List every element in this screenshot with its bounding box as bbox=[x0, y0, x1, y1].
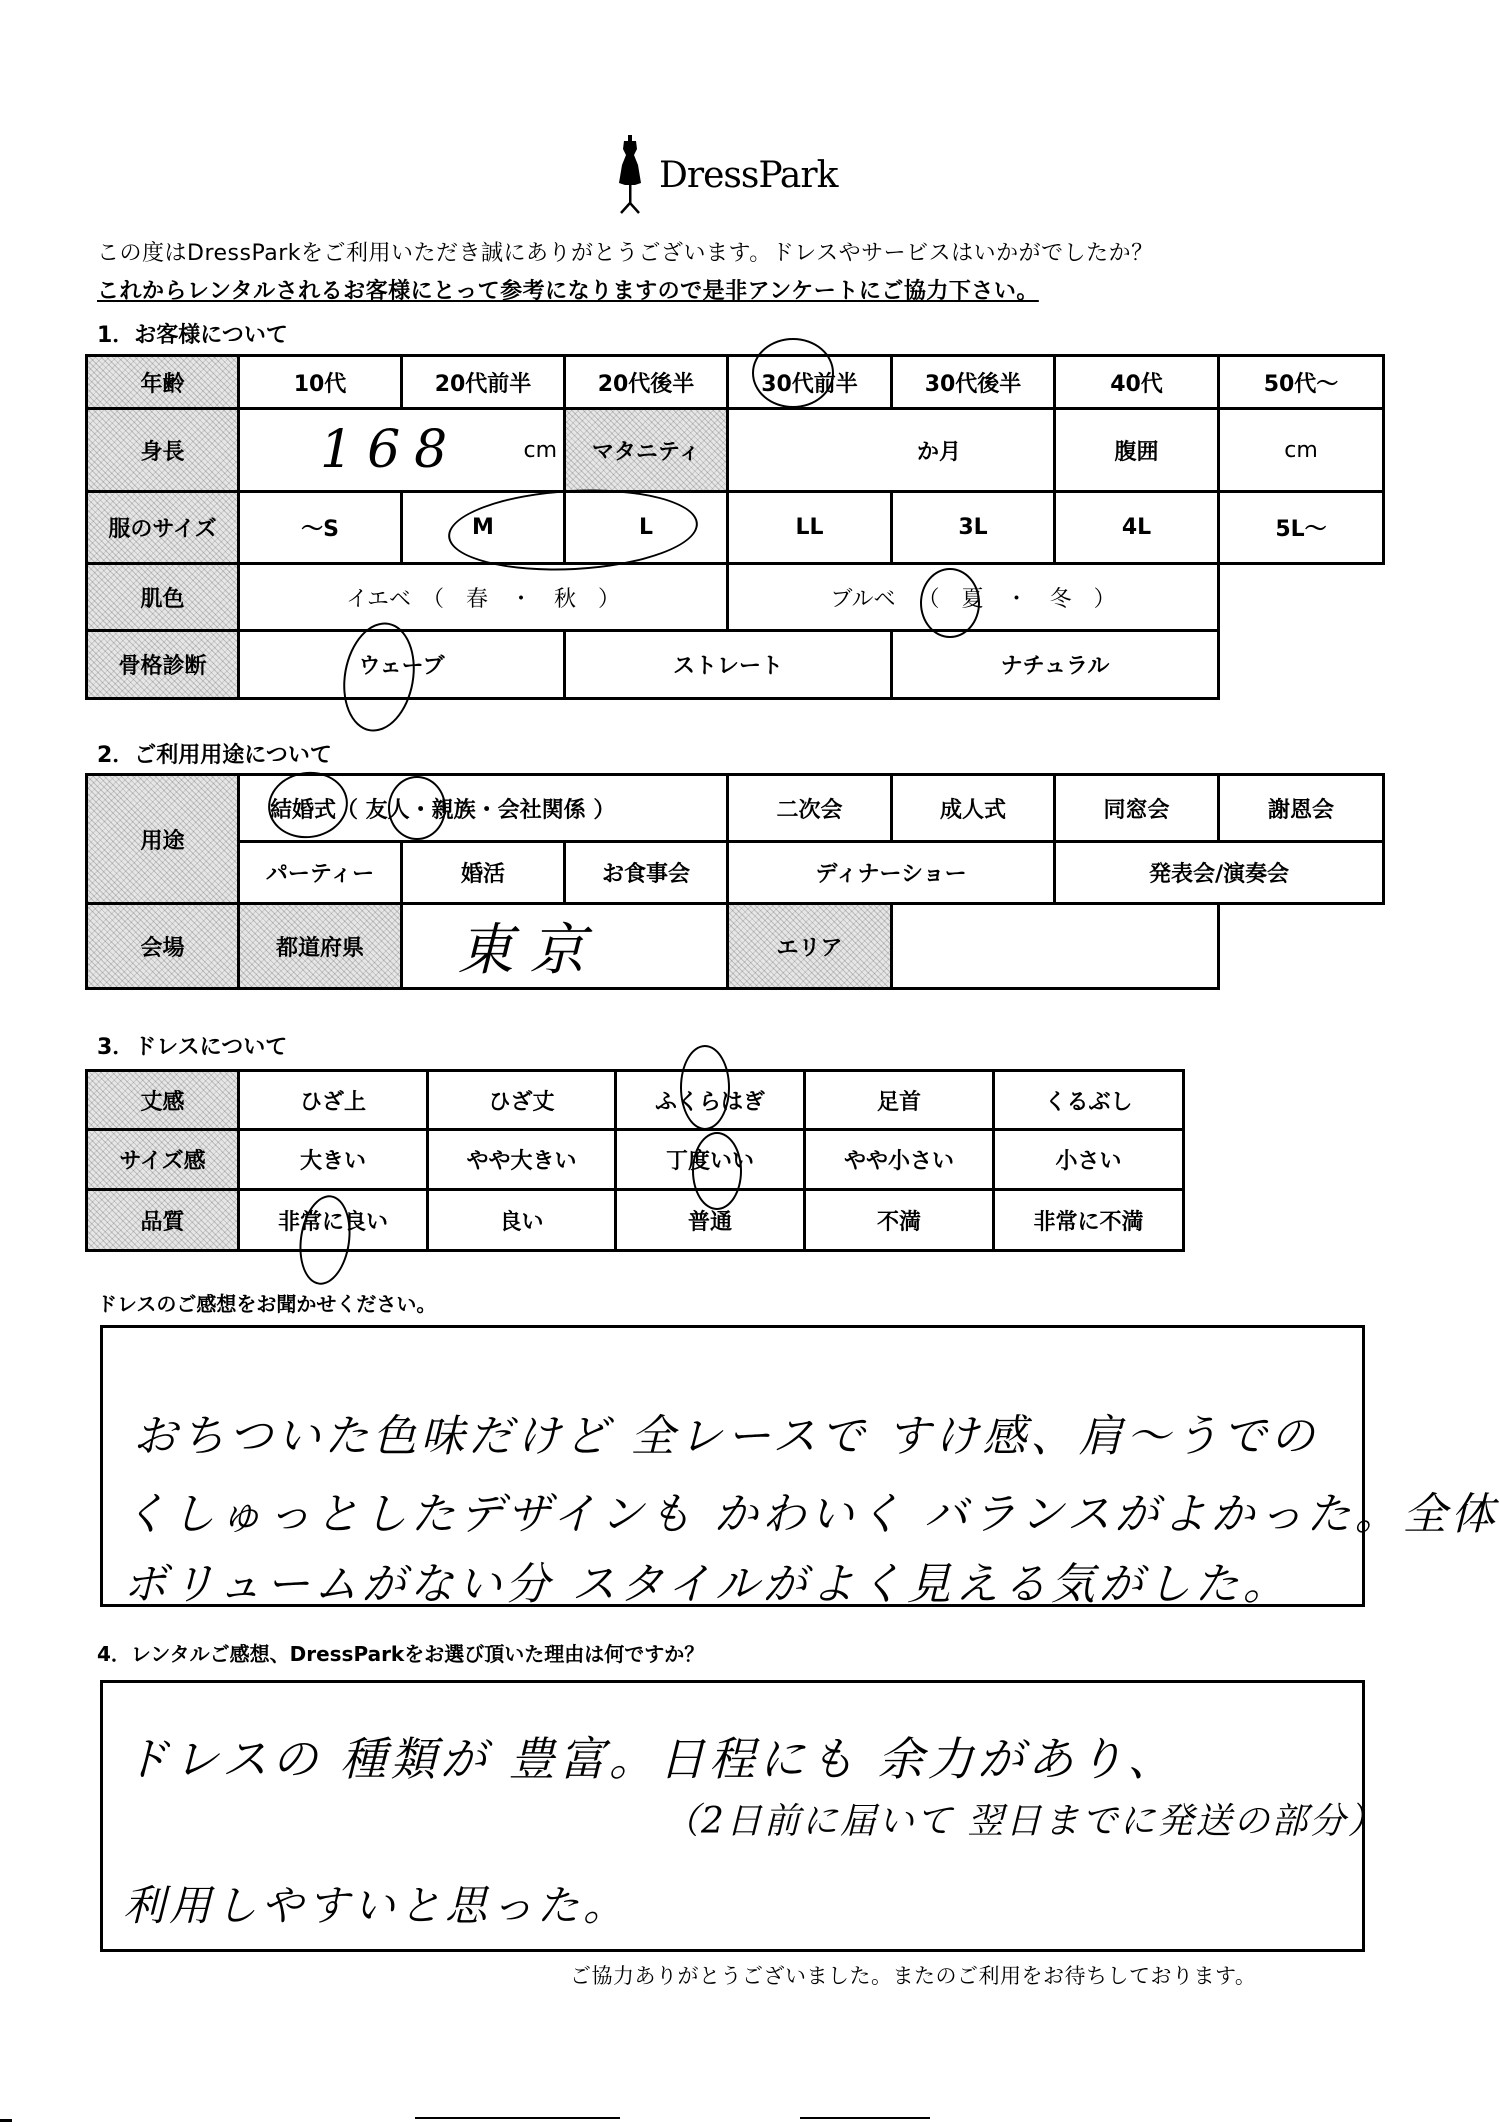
skin-option-blue-base[interactable]: ブルベ （ 夏 ・ 冬 ） bbox=[726, 562, 1220, 632]
size-option-5l-plus[interactable]: 5L〜 bbox=[1217, 490, 1385, 565]
blue-base-label: ブルベ bbox=[830, 582, 895, 613]
reason-line-2: （2日前に届いて 翌日までに発送の部分） bbox=[663, 1793, 1385, 1844]
body-option-natural[interactable]: ナチュラル bbox=[890, 629, 1220, 700]
body-option-straight[interactable]: ストレート bbox=[563, 629, 893, 700]
height-label: 身長 bbox=[85, 407, 240, 493]
fit-label: サイズ感 bbox=[85, 1128, 240, 1191]
fit-option-just-right[interactable]: 丁度いい bbox=[614, 1128, 806, 1191]
dress-comment-line-2: くしゅっとしたデザインも かわいく バランスがよかった。全体的に bbox=[123, 1478, 1500, 1542]
maternity-unit: か月 bbox=[917, 435, 961, 466]
dress-comment-line-1: おちついた色味だけど 全レースで すけ感、肩〜うでの bbox=[133, 1400, 1318, 1464]
waist-field[interactable]: cm bbox=[1217, 407, 1385, 493]
age-option-late-30s[interactable]: 30代後半 bbox=[890, 354, 1056, 410]
dress-comment-line-3: ボリュームがない分 スタイルがよく見える気がした。 bbox=[123, 1548, 1291, 1612]
size-option-m[interactable]: M bbox=[400, 490, 566, 565]
venue-label: 会場 bbox=[85, 902, 240, 990]
size-option-s[interactable]: 〜S bbox=[237, 490, 403, 565]
quality-option-very-good[interactable]: 非常に良い bbox=[237, 1188, 429, 1252]
brand-logo: DressPark bbox=[615, 135, 837, 215]
quality-option-very-dissatisfied[interactable]: 非常に不満 bbox=[992, 1188, 1185, 1252]
age-label: 年齢 bbox=[85, 354, 240, 410]
blue-close-paren: ） bbox=[1094, 582, 1116, 613]
waist-label: 腹囲 bbox=[1053, 407, 1220, 493]
scan-artifact-line bbox=[415, 2117, 620, 2119]
scan-artifact-line bbox=[800, 2117, 930, 2119]
waist-unit: cm bbox=[1284, 438, 1318, 463]
section2-title: 2．ご利用用途について bbox=[97, 738, 332, 769]
size-option-3l[interactable]: 3L bbox=[890, 490, 1056, 565]
length-option-anklebone[interactable]: くるぶし bbox=[992, 1069, 1185, 1131]
intro-greeting: この度はDressParkをご利用いただき誠にありがとうございます。ドレスやサー… bbox=[97, 236, 1154, 267]
age-option-40s[interactable]: 40代 bbox=[1053, 354, 1220, 410]
prefecture-field[interactable]: 東京 bbox=[400, 902, 729, 990]
area-label: エリア bbox=[726, 902, 893, 990]
dress-comment-box[interactable]: おちついた色味だけど 全レースで すけ感、肩〜うでの くしゅっとしたデザインも … bbox=[100, 1325, 1365, 1607]
size-option-ll[interactable]: LL bbox=[726, 490, 893, 565]
fit-option-large[interactable]: 大きい bbox=[237, 1128, 429, 1191]
age-option-early-30s[interactable]: 30代前半 bbox=[726, 354, 893, 410]
purpose-option-coming-of-age[interactable]: 成人式 bbox=[890, 773, 1056, 843]
fit-option-small[interactable]: 小さい bbox=[992, 1128, 1185, 1191]
purpose-option-dinner-party[interactable]: お食事会 bbox=[563, 840, 729, 905]
skin-color-label: 肌色 bbox=[85, 562, 240, 632]
prefecture-label: 都道府県 bbox=[237, 902, 403, 990]
age-option-10s[interactable]: 10代 bbox=[237, 354, 403, 410]
area-field[interactable] bbox=[890, 902, 1220, 990]
quality-option-average[interactable]: 普通 bbox=[614, 1188, 806, 1252]
length-option-above-knee[interactable]: ひざ上 bbox=[237, 1069, 429, 1131]
purpose-option-konkatsu[interactable]: 婚活 bbox=[400, 840, 566, 905]
blue-separator: ・ bbox=[1006, 582, 1028, 613]
age-option-early-20s[interactable]: 20代前半 bbox=[400, 354, 566, 410]
clothing-size-label: 服のサイズ bbox=[85, 490, 240, 565]
reason-answer-box[interactable]: ドレスの 種類が 豊富。日程にも 余力があり、 （2日前に届いて 翌日までに発送… bbox=[100, 1680, 1365, 1952]
age-option-50s-plus[interactable]: 50代〜 bbox=[1217, 354, 1385, 410]
purpose-option-wedding[interactable]: 結婚式（ 友人・親族・会社関係 ） bbox=[237, 773, 729, 843]
maternity-label: マタニティ bbox=[563, 407, 729, 493]
fit-option-slightly-small[interactable]: やや小さい bbox=[803, 1128, 995, 1191]
dress-comment-prompt: ドレスのご感想をお聞かせください。 bbox=[97, 1288, 436, 1317]
purpose-option-afterparty[interactable]: 二次会 bbox=[726, 773, 893, 843]
reason-line-3: 利用しやすいと思った。 bbox=[123, 1873, 629, 1933]
height-value: 168 bbox=[320, 420, 461, 480]
dress-form-icon bbox=[615, 135, 645, 215]
reason-line-1: ドレスの 種類が 豊富。日程にも 余力があり、 bbox=[123, 1723, 1178, 1789]
prefecture-value: 東京 bbox=[458, 906, 602, 986]
purpose-option-reunion[interactable]: 同窓会 bbox=[1053, 773, 1220, 843]
quality-option-good[interactable]: 良い bbox=[426, 1188, 617, 1252]
fit-option-slightly-large[interactable]: やや大きい bbox=[426, 1128, 617, 1191]
skin-option-yellow-base[interactable]: イエベ （ 春 ・ 秋 ） bbox=[237, 562, 729, 632]
purpose-option-party[interactable]: パーティー bbox=[237, 840, 403, 905]
height-unit: cm bbox=[523, 438, 557, 463]
size-option-4l[interactable]: 4L bbox=[1053, 490, 1220, 565]
maternity-months-field[interactable]: か月 bbox=[726, 407, 1056, 493]
length-option-calf[interactable]: ふくらはぎ bbox=[614, 1069, 806, 1131]
size-option-l[interactable]: L bbox=[563, 490, 729, 565]
section1-title: 1．お客様について bbox=[97, 318, 288, 349]
length-option-knee[interactable]: ひざ丈 bbox=[426, 1069, 617, 1131]
footer-thanks: ご協力ありがとうございました。またのご利用をお待ちしております。 bbox=[570, 1960, 1256, 1990]
body-option-wave[interactable]: ウェーブ bbox=[237, 629, 566, 700]
purpose-option-thank-you-party[interactable]: 謝恩会 bbox=[1217, 773, 1385, 843]
height-field[interactable]: 168 cm bbox=[237, 407, 566, 493]
blue-summer[interactable]: 夏 bbox=[962, 582, 984, 613]
quality-option-dissatisfied[interactable]: 不満 bbox=[803, 1188, 995, 1252]
length-label: 丈感 bbox=[85, 1069, 240, 1131]
body-type-label: 骨格診断 bbox=[85, 629, 240, 700]
section4-title: 4．レンタルご感想、DressParkをお選び頂いた理由は何ですか？ bbox=[97, 1638, 704, 1667]
blue-open-paren: （ bbox=[918, 582, 940, 613]
purpose-option-dinner-show[interactable]: ディナーショー bbox=[726, 840, 1056, 905]
quality-label: 品質 bbox=[85, 1188, 240, 1252]
length-option-ankle[interactable]: 足首 bbox=[803, 1069, 995, 1131]
intro-request: これからレンタルされるお客様にとって参考になりますので是非アンケートにご協力下さ… bbox=[97, 274, 1039, 305]
age-option-late-20s[interactable]: 20代後半 bbox=[563, 354, 729, 410]
purpose-option-recital[interactable]: 発表会/演奏会 bbox=[1053, 840, 1385, 905]
section3-title: 3．ドレスについて bbox=[97, 1030, 287, 1061]
brand-name: DressPark bbox=[659, 155, 837, 196]
scan-artifact-line bbox=[0, 2119, 12, 2122]
purpose-label: 用途 bbox=[85, 773, 240, 905]
blue-winter[interactable]: 冬 bbox=[1050, 582, 1072, 613]
